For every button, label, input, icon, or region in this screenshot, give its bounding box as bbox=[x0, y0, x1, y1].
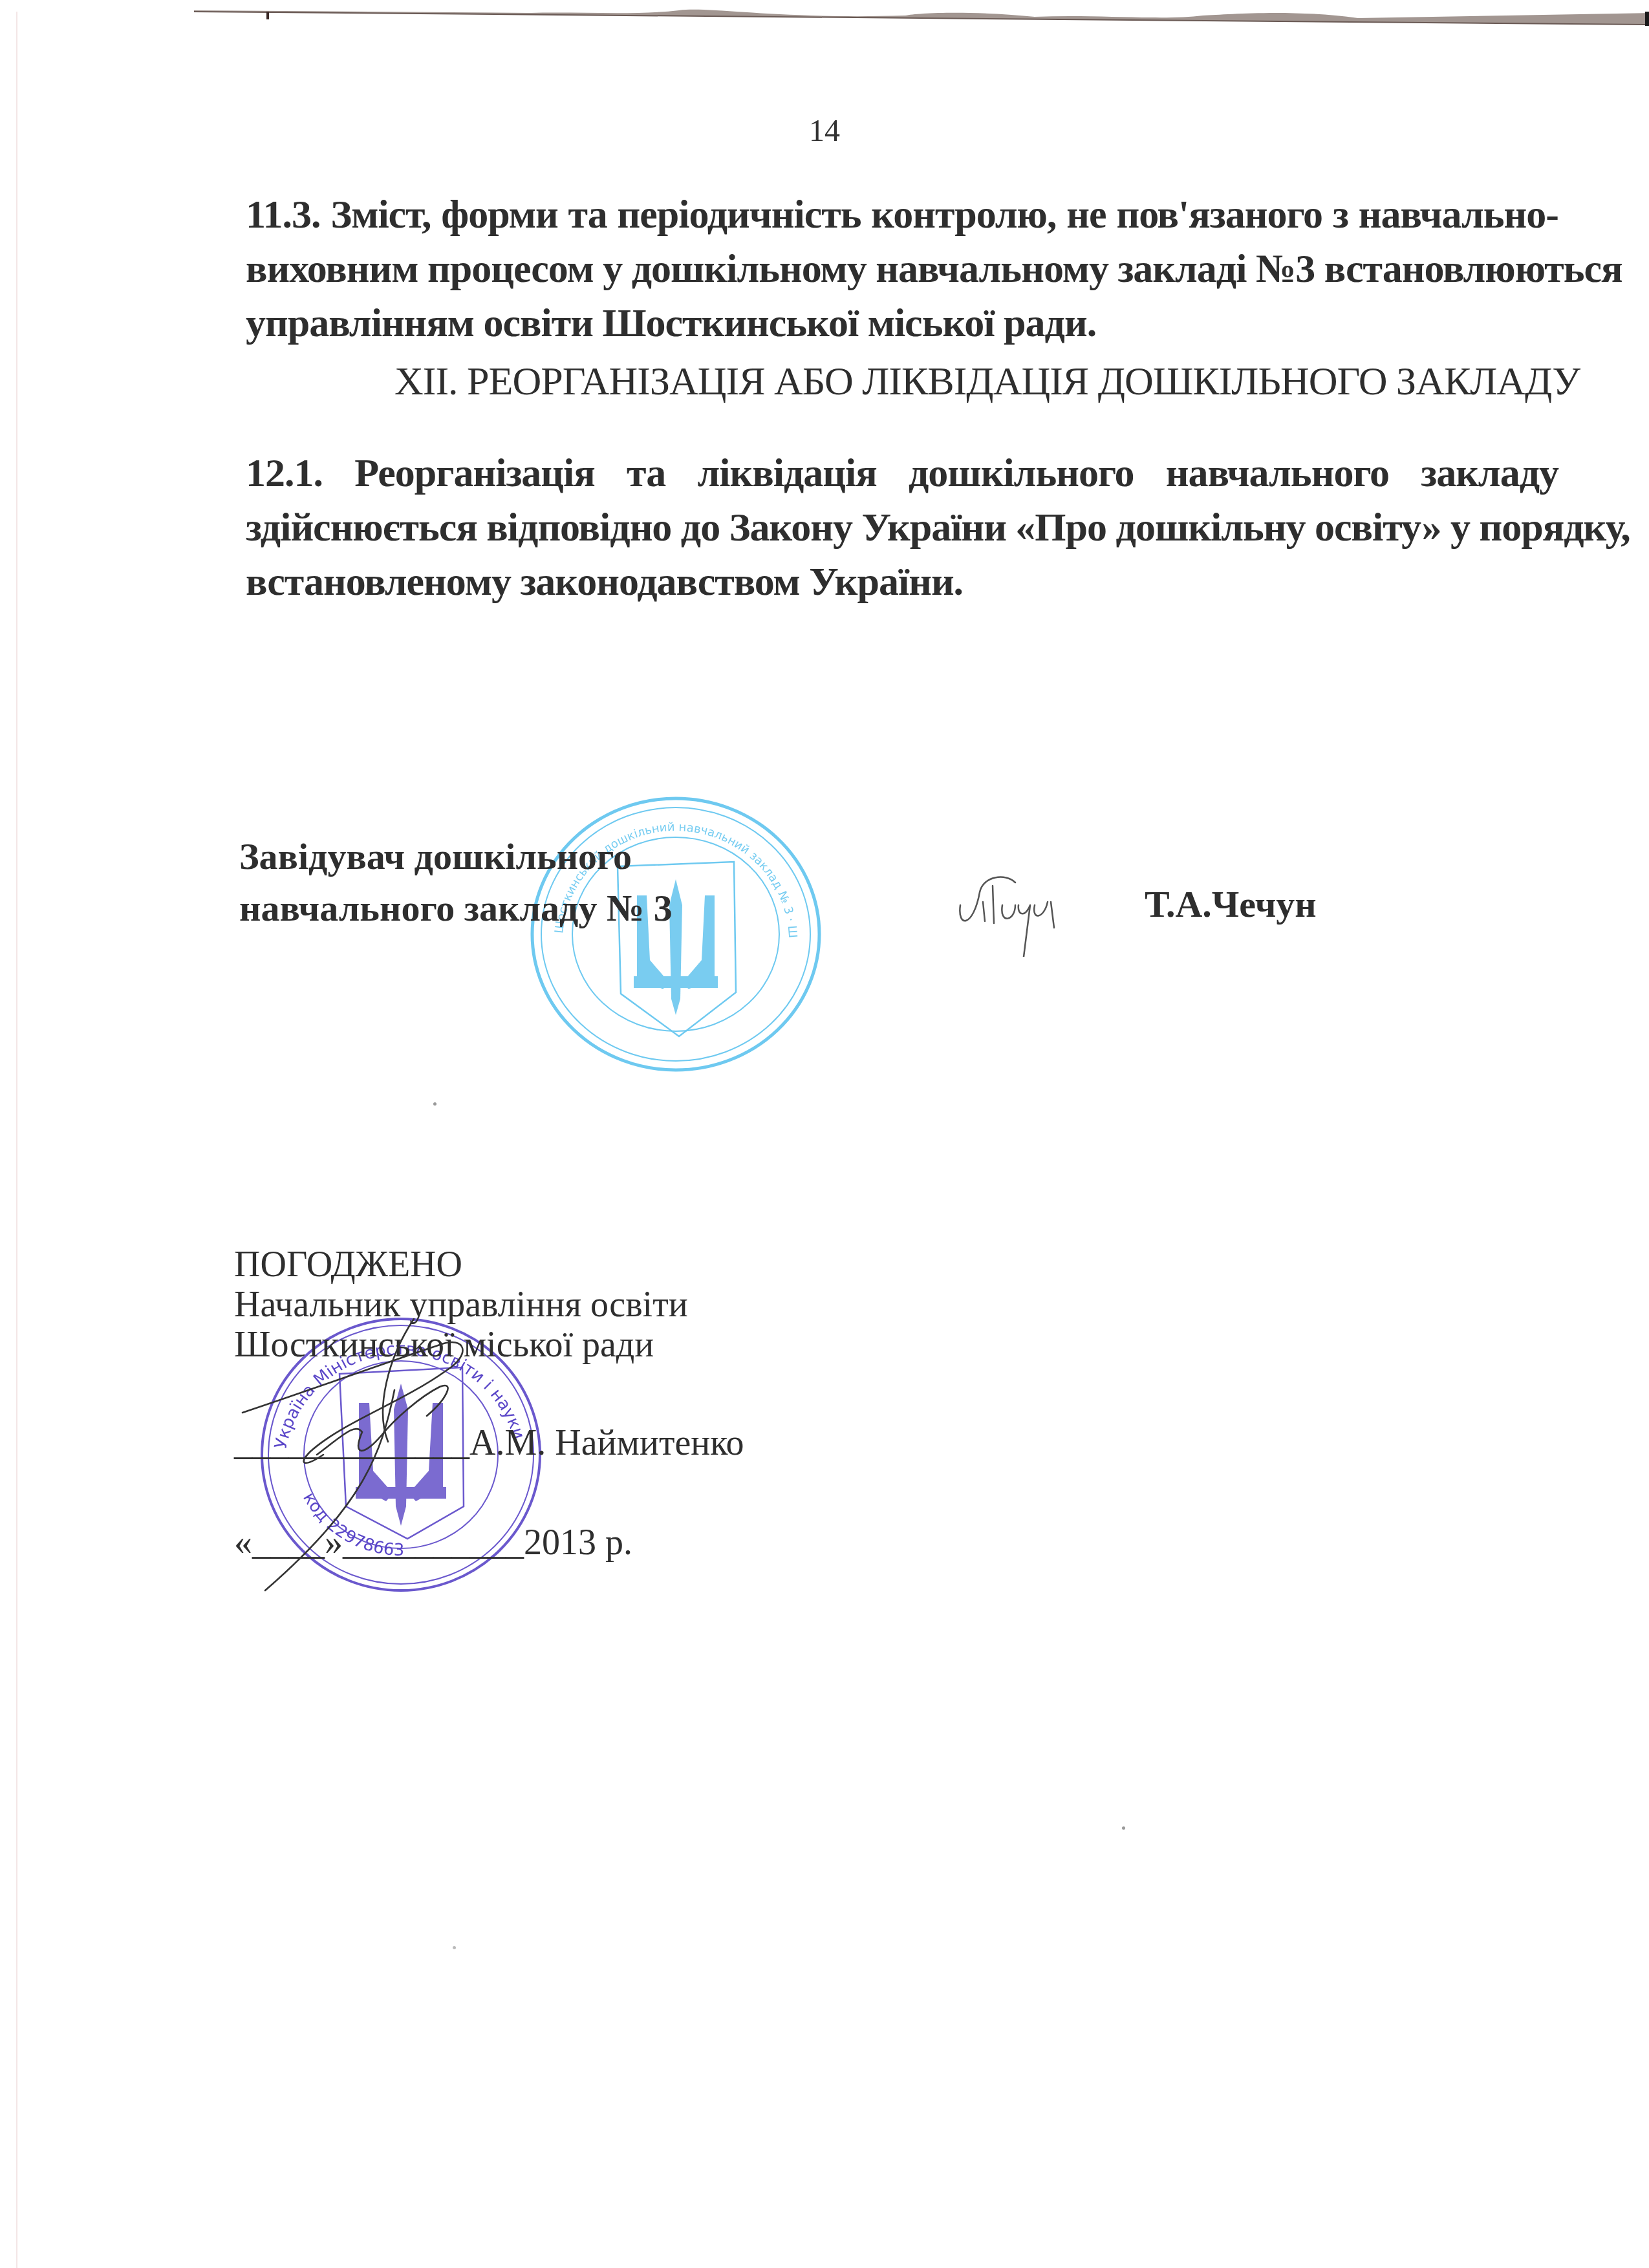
head-name: Т.А.Чечун bbox=[1145, 883, 1317, 926]
paragraph-line: управлінням освіти Шосткинської міської … bbox=[246, 296, 1558, 350]
department-head-signature bbox=[233, 1293, 479, 1597]
paragraph-line: 12.1. Реорганізація та ліквідація дошкіл… bbox=[246, 446, 1558, 500]
paragraph-12-1: 12.1. Реорганізація та ліквідація дошкіл… bbox=[246, 446, 1558, 609]
section-heading: XII. РЕОРГАНІЗАЦІЯ АБО ЛІКВІДАЦІЯ ДОШКІЛ… bbox=[394, 359, 1580, 405]
approval-label: ПОГОДЖЕНО bbox=[234, 1245, 744, 1285]
paragraph-11-3: 11.3. Зміст, форми та періодичність конт… bbox=[246, 187, 1558, 350]
paragraph-line: здійснюється відповідно до Закону Україн… bbox=[246, 500, 1558, 555]
scan-left-edge bbox=[16, 12, 17, 2268]
scan-edge-shadow bbox=[0, 0, 1649, 39]
head-title-line: навчального закладу № 3 bbox=[239, 883, 673, 934]
paragraph-line: 11.3. Зміст, форми та періодичність конт… bbox=[246, 187, 1558, 242]
head-title: Завідувач дошкільного навчального заклад… bbox=[239, 831, 673, 934]
scan-speck bbox=[433, 1102, 436, 1106]
scan-speck bbox=[1122, 1826, 1125, 1830]
paragraph-line: виховним процесом у дошкільному навчальн… bbox=[246, 242, 1558, 296]
page-number: 14 bbox=[0, 113, 1649, 149]
paragraph-line: встановленому законодавством України. bbox=[246, 555, 1558, 609]
scan-speck bbox=[453, 1946, 456, 1949]
head-signature bbox=[954, 866, 1103, 957]
head-title-line: Завідувач дошкільного bbox=[239, 831, 673, 883]
